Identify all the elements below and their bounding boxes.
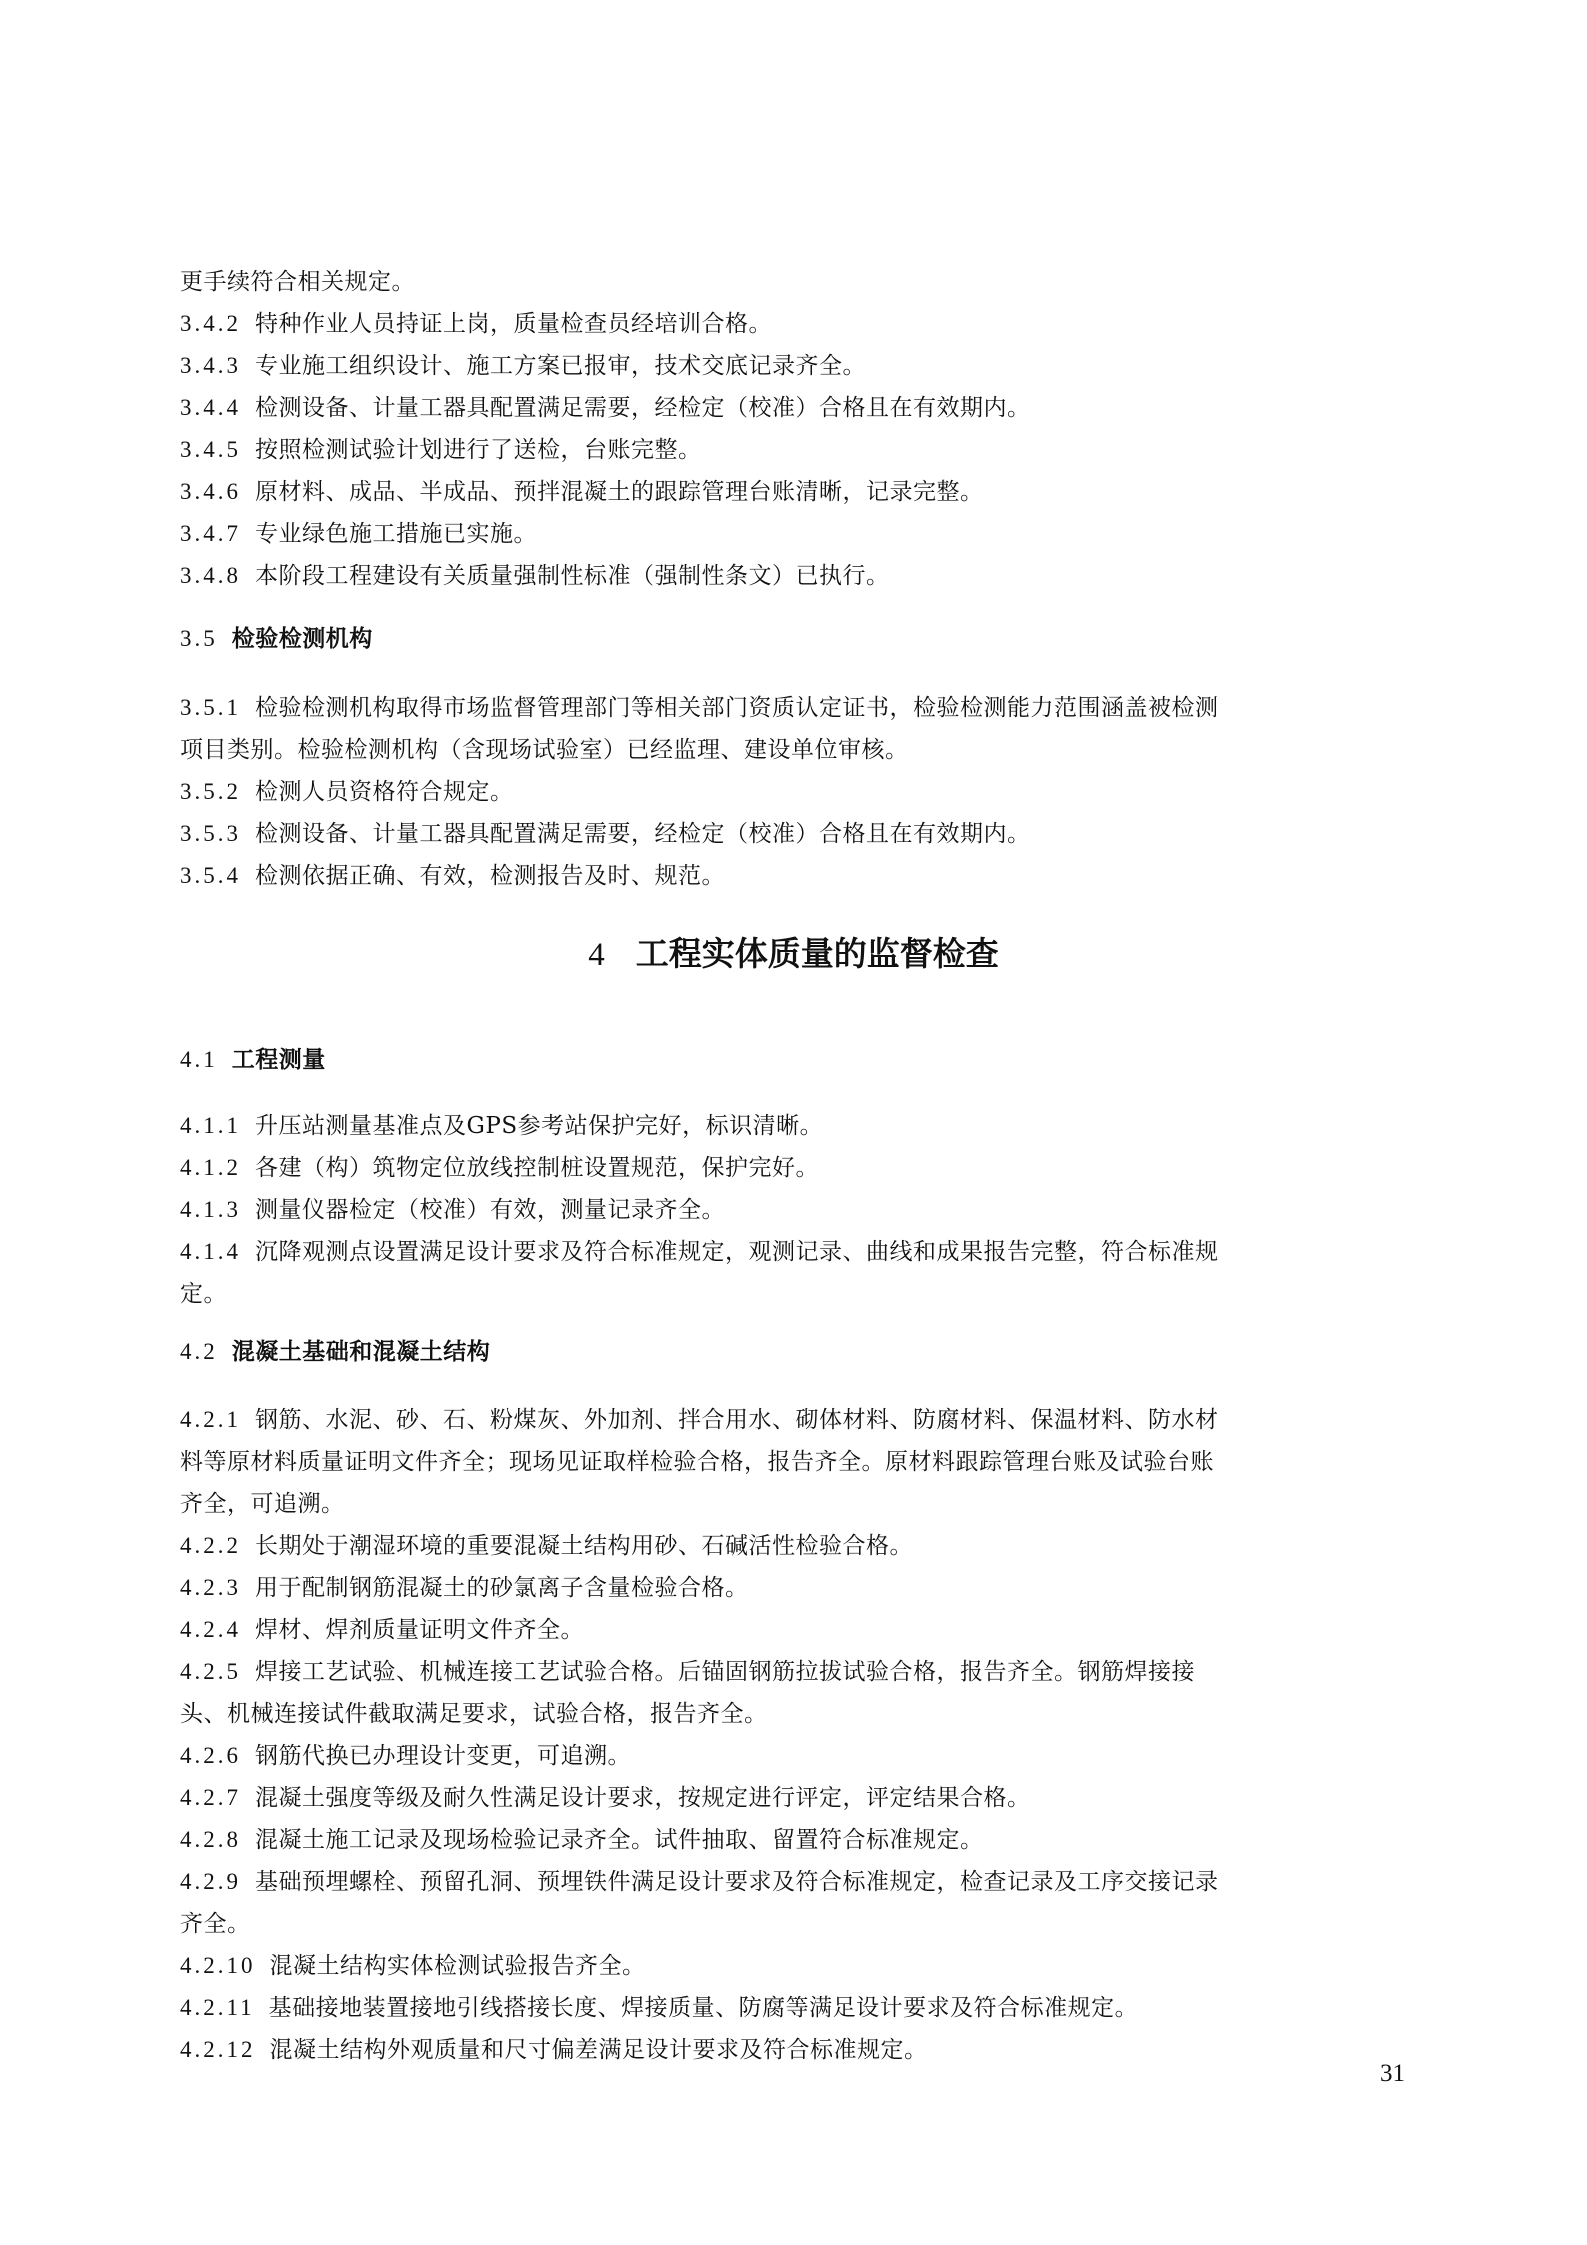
clause-4-2-7: 4.2.7混凝土强度等级及耐久性满足设计要求，按规定进行评定，评定结果合格。: [180, 1784, 1440, 1812]
clause-text: 检测人员资格符合规定。: [255, 779, 514, 805]
clause-number: 4.2.8: [180, 1826, 241, 1854]
clause-3-4-3: 3.4.3专业施工组织设计、施工方案已报审，技术交底记录齐全。: [180, 352, 1440, 380]
clause-text: 按照检测试验计划进行了送检，台账完整。: [255, 437, 702, 463]
clause-4-2-1: 4.2.1钢筋、水泥、砂、石、粉煤灰、外加剂、拌合用水、砌体材料、防腐材料、保温…: [180, 1406, 1440, 1434]
clause-text: 混凝土结构外观质量和尺寸偏差满足设计要求及符合标准规定。: [270, 2037, 928, 2063]
clause-number: 3.5.1: [180, 694, 241, 722]
clause-number: 3.5.3: [180, 820, 241, 848]
clause-number: 4.1.3: [180, 1196, 241, 1224]
clause-3-4-8: 3.4.8本阶段工程建设有关质量强制性标准（强制性条文）已执行。: [180, 562, 1440, 590]
clause-number: 4.1.2: [180, 1154, 241, 1182]
clause-text: 钢筋代换已办理设计变更，可追溯。: [255, 1743, 631, 1769]
clause-text: 用于配制钢筋混凝土的砂氯离子含量检验合格。: [255, 1575, 749, 1601]
clause-3-5-2: 3.5.2检测人员资格符合规定。: [180, 778, 1440, 806]
clause-text: 混凝土结构实体检测试验报告齐全。: [270, 1953, 646, 1979]
clause-4-2-5-cont: 头、机械连接试件截取满足要求，试验合格，报告齐全。: [180, 1700, 1440, 1728]
clause-4-1-4-cont: 定。: [180, 1280, 1440, 1308]
paragraph-continuation: 更手续符合相关规定。: [180, 268, 1440, 296]
clause-number: 4.1.4: [180, 1238, 241, 1266]
clause-text: 本阶段工程建设有关质量强制性标准（强制性条文）已执行。: [255, 563, 890, 589]
clause-number: 3.4.7: [180, 520, 241, 548]
clause-4-2-9-cont: 齐全。: [180, 1910, 1440, 1938]
clause-text: 检测依据正确、有效，检测报告及时、规范。: [255, 863, 725, 889]
section-heading-4-1: 4.1工程测量: [180, 1046, 1440, 1074]
clause-3-5-3: 3.5.3检测设备、计量工器具配置满足需要，经检定（校准）合格且在有效期内。: [180, 820, 1440, 848]
clause-number: 4.1.1: [180, 1112, 241, 1140]
clause-4-2-4: 4.2.4焊材、焊剂质量证明文件齐全。: [180, 1616, 1440, 1644]
section-title: 工程测量: [232, 1047, 326, 1073]
clause-4-2-1-cont2: 齐全，可追溯。: [180, 1490, 1440, 1518]
clause-number: 4.2.3: [180, 1574, 241, 1602]
section-number: 4.1: [180, 1046, 218, 1074]
clause-4-2-11: 4.2.11基础接地装置接地引线搭接长度、焊接质量、防腐等满足设计要求及符合标准…: [180, 1994, 1440, 2022]
clause-text: 检测设备、计量工器具配置满足需要，经检定（校准）合格且在有效期内。: [255, 395, 1031, 421]
clause-number: 4.2.2: [180, 1532, 241, 1560]
chapter-heading-4: 4工程实体质量的监督检查: [0, 928, 1587, 975]
clause-4-2-6: 4.2.6钢筋代换已办理设计变更，可追溯。: [180, 1742, 1440, 1770]
clause-text: 专业绿色施工措施已实施。: [255, 521, 537, 547]
clause-text: 钢筋、水泥、砂、石、粉煤灰、外加剂、拌合用水、砌体材料、防腐材料、保温材料、防水…: [255, 1407, 1219, 1433]
clause-number: 4.2.7: [180, 1784, 241, 1812]
clause-text: 焊材、焊剂质量证明文件齐全。: [255, 1617, 584, 1643]
clause-text: 专业施工组织设计、施工方案已报审，技术交底记录齐全。: [255, 353, 866, 379]
clause-text: 原材料、成品、半成品、预拌混凝土的跟踪管理台账清晰，记录完整。: [255, 479, 984, 505]
clause-3-5-1: 3.5.1检验检测机构取得市场监督管理部门等相关部门资质认定证书，检验检测能力范…: [180, 694, 1440, 722]
clause-number: 4.2.4: [180, 1616, 241, 1644]
clause-text: 特种作业人员持证上岗，质量检查员经培训合格。: [255, 311, 772, 337]
clause-text: 基础接地装置接地引线搭接长度、焊接质量、防腐等满足设计要求及符合标准规定。: [269, 1995, 1139, 2021]
clause-3-4-6: 3.4.6原材料、成品、半成品、预拌混凝土的跟踪管理台账清晰，记录完整。: [180, 478, 1440, 506]
clause-3-5-1-cont: 项目类别。检验检测机构（含现场试验室）已经监理、建设单位审核。: [180, 736, 1440, 764]
clause-text: 测量仪器检定（校准）有效，测量记录齐全。: [255, 1197, 725, 1223]
clause-4-1-4: 4.1.4沉降观测点设置满足设计要求及符合标准规定，观测记录、曲线和成果报告完整…: [180, 1238, 1440, 1266]
clause-number: 4.2.10: [180, 1952, 256, 1980]
clause-3-4-2: 3.4.2特种作业人员持证上岗，质量检查员经培训合格。: [180, 310, 1440, 338]
clause-text: 检测设备、计量工器具配置满足需要，经检定（校准）合格且在有效期内。: [255, 821, 1031, 847]
clause-number: 4.2.11: [180, 1994, 255, 2022]
clause-text: 混凝土强度等级及耐久性满足设计要求，按规定进行评定，评定结果合格。: [255, 1785, 1031, 1811]
clause-text: 检验检测机构取得市场监督管理部门等相关部门资质认定证书，检验检测能力范围涵盖被检…: [255, 695, 1219, 721]
clause-text: 沉降观测点设置满足设计要求及符合标准规定，观测记录、曲线和成果报告完整，符合标准…: [255, 1239, 1219, 1265]
clause-3-4-5: 3.4.5按照检测试验计划进行了送检，台账完整。: [180, 436, 1440, 464]
clause-number: 3.4.8: [180, 562, 241, 590]
clause-number: 4.2.6: [180, 1742, 241, 1770]
clause-text: 升压站测量基准点及GPS参考站保护完好，标识清晰。: [255, 1113, 823, 1139]
clause-number: 3.4.4: [180, 394, 241, 422]
clause-number: 4.2.9: [180, 1868, 241, 1896]
clause-text: 焊接工艺试验、机械连接工艺试验合格。后锚固钢筋拉拔试验合格，报告齐全。钢筋焊接接: [255, 1659, 1195, 1685]
clause-number: 3.4.2: [180, 310, 241, 338]
clause-4-2-5: 4.2.5焊接工艺试验、机械连接工艺试验合格。后锚固钢筋拉拔试验合格，报告齐全。…: [180, 1658, 1440, 1686]
clause-text: 混凝土施工记录及现场检验记录齐全。试件抽取、留置符合标准规定。: [255, 1827, 984, 1853]
section-title: 混凝土基础和混凝土结构: [232, 1339, 491, 1365]
clause-number: 4.2.12: [180, 2036, 256, 2064]
clause-number: 3.4.3: [180, 352, 241, 380]
page-number: 31: [1380, 2060, 1405, 2088]
clause-3-4-7: 3.4.7专业绿色施工措施已实施。: [180, 520, 1440, 548]
section-heading-4-2: 4.2混凝土基础和混凝土结构: [180, 1338, 1440, 1366]
clause-number: 3.4.6: [180, 478, 241, 506]
clause-4-2-12: 4.2.12混凝土结构外观质量和尺寸偏差满足设计要求及符合标准规定。: [180, 2036, 1440, 2064]
clause-4-2-1-cont: 料等原材料质量证明文件齐全；现场见证取样检验合格，报告齐全。原材料跟踪管理台账及…: [180, 1448, 1440, 1476]
clause-4-2-3: 4.2.3用于配制钢筋混凝土的砂氯离子含量检验合格。: [180, 1574, 1440, 1602]
clause-4-2-8: 4.2.8混凝土施工记录及现场检验记录齐全。试件抽取、留置符合标准规定。: [180, 1826, 1440, 1854]
document-page: 更手续符合相关规定。 3.4.2特种作业人员持证上岗，质量检查员经培训合格。 3…: [0, 0, 1587, 2245]
clause-4-2-10: 4.2.10混凝土结构实体检测试验报告齐全。: [180, 1952, 1440, 1980]
clause-number: 4.2.1: [180, 1406, 241, 1434]
clause-text: 长期处于潮湿环境的重要混凝土结构用砂、石碱活性检验合格。: [255, 1533, 913, 1559]
chapter-number: 4: [588, 937, 608, 974]
clause-4-2-9: 4.2.9基础预埋螺栓、预留孔洞、预埋铁件满足设计要求及符合标准规定，检查记录及…: [180, 1868, 1440, 1896]
clause-4-1-2: 4.1.2各建（构）筑物定位放线控制桩设置规范，保护完好。: [180, 1154, 1440, 1182]
clause-text: 基础预埋螺栓、预留孔洞、预埋铁件满足设计要求及符合标准规定，检查记录及工序交接记…: [255, 1869, 1219, 1895]
section-number: 3.5: [180, 625, 218, 653]
section-heading-3-5: 3.5检验检测机构: [180, 625, 1440, 653]
clause-text: 各建（构）筑物定位放线控制桩设置规范，保护完好。: [255, 1155, 819, 1181]
clause-number: 3.5.4: [180, 862, 241, 890]
clause-4-2-2: 4.2.2长期处于潮湿环境的重要混凝土结构用砂、石碱活性检验合格。: [180, 1532, 1440, 1560]
clause-3-5-4: 3.5.4检测依据正确、有效，检测报告及时、规范。: [180, 862, 1440, 890]
clause-number: 3.5.2: [180, 778, 241, 806]
clause-4-1-1: 4.1.1升压站测量基准点及GPS参考站保护完好，标识清晰。: [180, 1112, 1440, 1140]
chapter-title: 工程实体质量的监督检查: [636, 934, 999, 973]
clause-4-1-3: 4.1.3测量仪器检定（校准）有效，测量记录齐全。: [180, 1196, 1440, 1224]
section-title: 检验检测机构: [232, 626, 373, 652]
clause-number: 4.2.5: [180, 1658, 241, 1686]
clause-number: 3.4.5: [180, 436, 241, 464]
section-number: 4.2: [180, 1338, 218, 1366]
clause-3-4-4: 3.4.4检测设备、计量工器具配置满足需要，经检定（校准）合格且在有效期内。: [180, 394, 1440, 422]
